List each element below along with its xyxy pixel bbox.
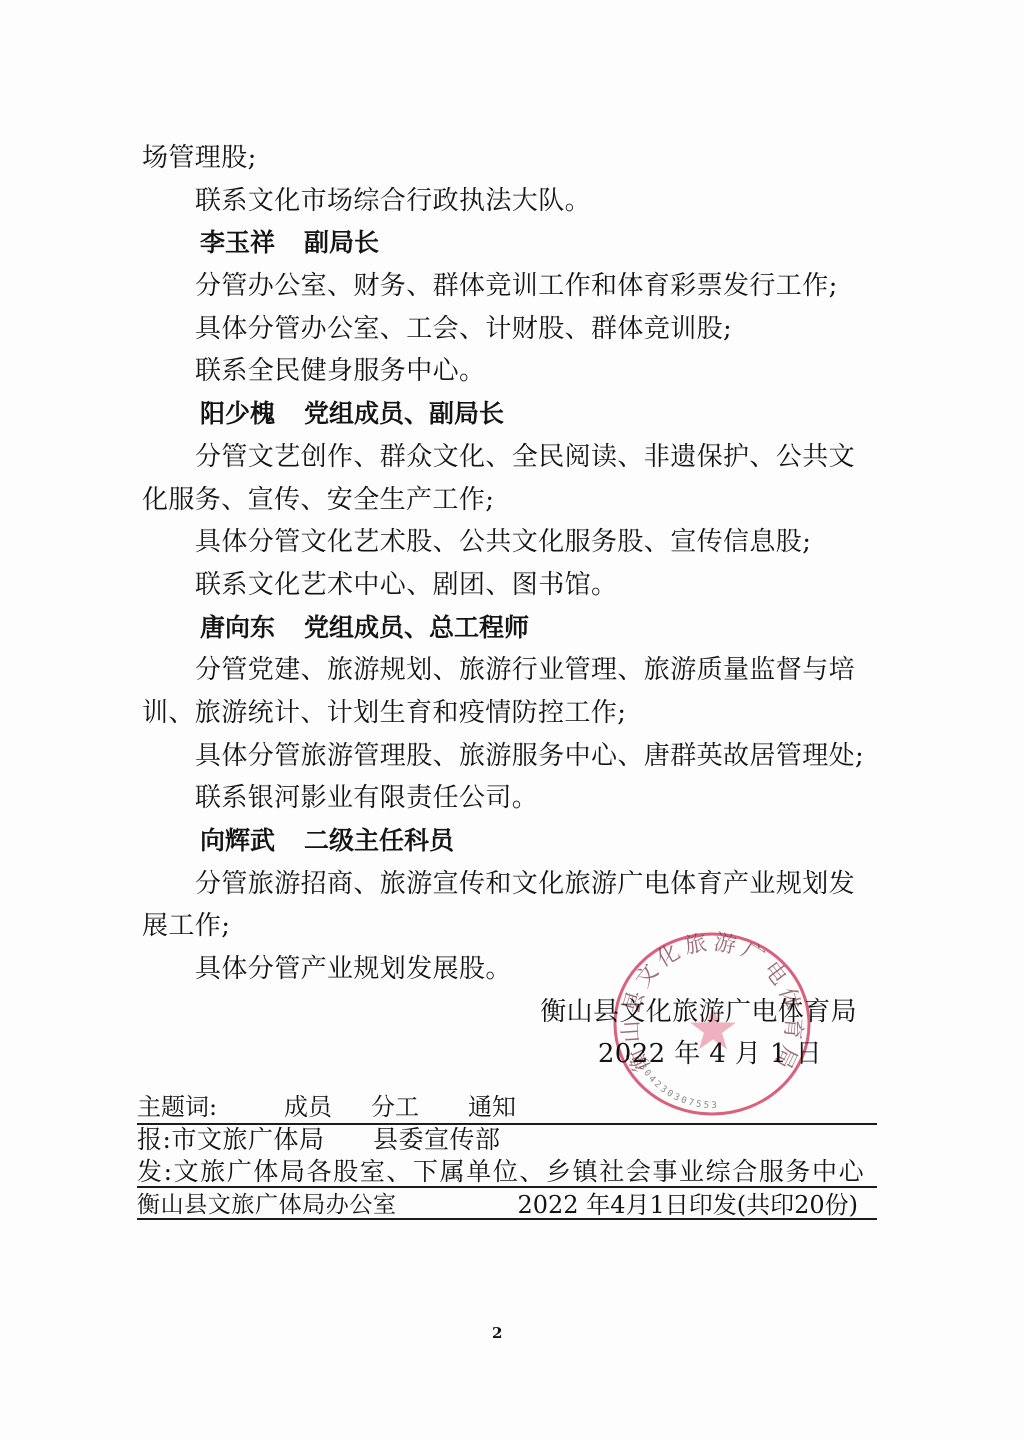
signature-date: 2022 年 4 月 1 日 [142, 1033, 862, 1076]
duty-line: 具体分管文化艺术股、公共文化服务股、宣传信息股; [142, 521, 862, 564]
official-heading: 阳少槐党组成员、副局长 [142, 393, 862, 436]
footer-report-row: 报:市文旅广体局 [137, 1125, 324, 1155]
official-heading: 唐向东党组成员、总工程师 [142, 607, 862, 650]
page-number: 2 [492, 1324, 502, 1342]
distribute-label: 发: [137, 1157, 174, 1186]
official-name: 阳少槐 [200, 399, 275, 428]
official-heading: 李玉祥副局长 [142, 222, 862, 265]
keyword: 分工 [371, 1092, 419, 1122]
official-title: 党组成员、副局长 [304, 399, 504, 428]
official-name: 向辉武 [200, 826, 275, 855]
report-label: 报: [137, 1125, 171, 1154]
duty-line: 分管旅游招商、旅游宣传和文化旅游广电体育产业规划发 [142, 863, 862, 906]
official-title: 党组成员、总工程师 [304, 613, 529, 642]
duty-line-wrap: 化服务、宣传、安全生产工作; [142, 479, 862, 522]
official-title: 二级主任科员 [304, 826, 454, 855]
duty-line: 分管党建、旅游规划、旅游行业管理、旅游质量监督与培 [142, 649, 862, 692]
distribute-recipients: 文旅广体局各股室、下属单位、乡镇社会事业综合服务中心 [174, 1157, 866, 1186]
footer-issuer-office: 衡山县文旅广体局办公室 [137, 1190, 397, 1220]
duty-line: 具体分管办公室、工会、计财股、群体竞训股; [142, 308, 862, 351]
footer-keywords-row: 主题词: 成员 分工 通知 [137, 1092, 877, 1122]
duty-line-wrap: 训、旅游统计、计划生育和疫情防控工作; [142, 692, 862, 735]
duty-line: 具体分管产业规划发展股。 [142, 948, 862, 991]
paragraph-line: 联系文化市场综合行政执法大队。 [142, 180, 862, 223]
duty-line: 联系银河影业有限责任公司。 [142, 777, 862, 820]
official-title: 副局长 [304, 228, 379, 257]
official-name: 李玉祥 [200, 228, 275, 257]
issuer-office: 衡山县文旅广体局办公室 [137, 1192, 397, 1218]
duty-line: 联系全民健身服务中心。 [142, 350, 862, 393]
issued-info: 2022 年4月1日印发(共印20份) [517, 1191, 858, 1219]
footer-rule [137, 1186, 877, 1188]
keyword: 成员 [284, 1092, 332, 1122]
footer-rule [137, 1218, 877, 1220]
keywords-label: 主题词: [137, 1092, 217, 1122]
keyword: 通知 [468, 1092, 516, 1122]
duty-line: 具体分管旅游管理股、旅游服务中心、唐群英故居管理处; [142, 735, 862, 778]
signature-organization: 衡山县文化旅游广电体育局 [142, 991, 862, 1034]
document-body: 场管理股; 联系文化市场综合行政执法大队。 李玉祥副局长 分管办公室、财务、群体… [142, 137, 862, 1076]
official-name: 唐向东 [200, 613, 275, 642]
paragraph-continuation-line: 场管理股; [142, 137, 862, 180]
footer-issued-date: 2022 年4月1日印发(共印20份) [517, 1190, 858, 1220]
official-heading: 向辉武二级主任科员 [142, 820, 862, 863]
footer-report-row-2: 县委宣传部 [373, 1125, 501, 1155]
duty-line: 分管文艺创作、群众文化、全民阅读、非遗保护、公共文 [142, 436, 862, 479]
duty-line: 联系文化艺术中心、剧团、图书馆。 [142, 564, 862, 607]
duty-line-wrap: 展工作; [142, 905, 862, 948]
duty-line: 分管办公室、财务、群体竞训工作和体育彩票发行工作; [142, 265, 862, 308]
footer-distribute-row: 发:文旅广体局各股室、下属单位、乡镇社会事业综合服务中心 [137, 1157, 865, 1187]
report-recipient: 市文旅广体局 [171, 1125, 324, 1154]
report-recipient: 县委宣传部 [373, 1125, 501, 1154]
